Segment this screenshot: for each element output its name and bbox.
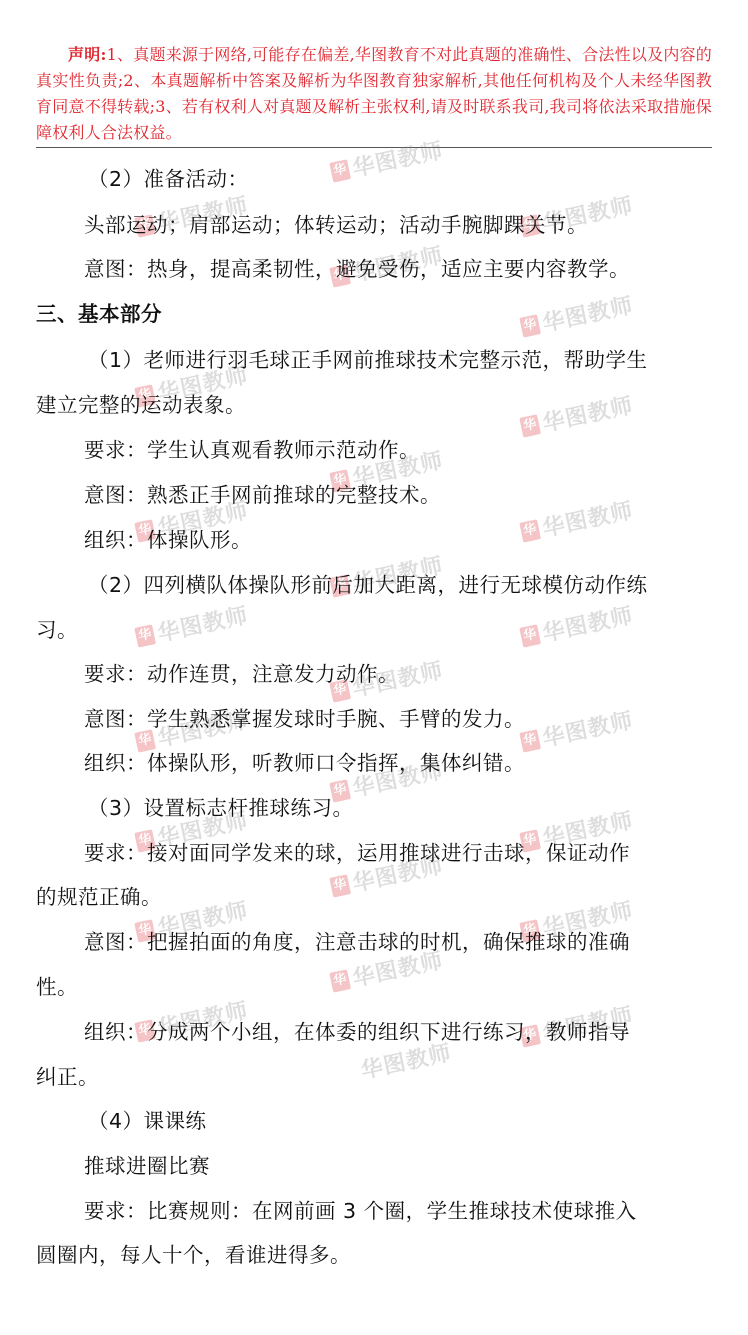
text-line: （1）老师进行羽毛球正手网前推球技术完整示范，帮助学生 <box>88 343 648 373</box>
text-line: 意图：熟悉正手网前推球的完整技术。 <box>84 478 441 508</box>
watermark-logo-icon: 华 <box>519 519 541 542</box>
text-line: 的规范正确。 <box>36 880 162 910</box>
text-line: 组织：体操队形。 <box>84 523 252 553</box>
watermark: 华华图教师 <box>133 598 251 652</box>
text-line: 组织：体操队形，听教师口令指挥，集体纠错。 <box>84 746 525 776</box>
watermark-logo-icon: 华 <box>519 314 541 337</box>
watermark-logo-icon: 华 <box>329 969 351 992</box>
text-line: 意图：热身，提高柔韧性，避免受伤，适应主要内容教学。 <box>84 252 630 282</box>
disclaimer: 声明:1、真题来源于网络,可能存在偏差,华图教育不对此真题的准确性、合法性以及内… <box>36 42 712 146</box>
watermark-logo-icon: 华 <box>519 414 541 437</box>
text-line: 要求：接对面同学发来的球，运用推球进行击球，保证动作 <box>84 836 630 866</box>
text-line: 意图：学生熟悉掌握发球时手腕、手臂的发力。 <box>84 702 525 732</box>
text-line: 要求：动作连贯，注意发力动作。 <box>84 657 399 687</box>
watermark-logo-icon: 华 <box>519 624 541 647</box>
text-line: 性。 <box>36 970 78 1000</box>
disclaimer-text: 1、真题来源于网络,可能存在偏差,华图教育不对此真题的准确性、合法性以及内容的真… <box>36 45 712 142</box>
text-line: 纠正。 <box>36 1060 99 1090</box>
watermark-logo-icon: 华 <box>134 624 156 647</box>
text-line: 圆圈内，每人十个，看谁进得多。 <box>36 1238 351 1268</box>
text-line: （4）课课练 <box>88 1104 207 1134</box>
watermark-logo-icon: 华 <box>329 159 351 182</box>
text-line: （3）设置标志杆推球练习。 <box>88 791 354 821</box>
text-line: 推球进圈比赛 <box>84 1149 210 1179</box>
watermark: 华华图教师 <box>518 703 636 757</box>
watermark: 华华图教师 <box>518 388 636 442</box>
section-heading: 三、基本部分 <box>36 297 162 327</box>
text-line: 头部运动；肩部运动；体转运动；活动手腕脚踝关节。 <box>84 208 588 238</box>
text-line: 组织：分成两个小组，在体委的组织下进行练习，教师指导 <box>84 1015 630 1045</box>
divider <box>36 147 712 148</box>
disclaimer-lead: 声明: <box>68 45 107 64</box>
text-line: （2）准备活动： <box>88 162 249 192</box>
text-line: 要求：比赛规则：在网前画 3 个圈，学生推球技术使球推入 <box>84 1194 637 1224</box>
text-line: 要求：学生认真观看教师示范动作。 <box>84 433 420 463</box>
text-line: 习。 <box>36 613 78 643</box>
watermark: 华华图教师 <box>518 288 636 342</box>
text-line: （2）四列横队体操队形前后加大距离，进行无球模仿动作练 <box>88 568 648 598</box>
text-line: 建立完整的运动表象。 <box>36 388 246 418</box>
watermark: 华华图教师 <box>518 598 636 652</box>
watermark: 华华图教师 <box>518 493 636 547</box>
text-line: 意图：把握拍面的角度，注意击球的时机，确保推球的准确 <box>84 925 630 955</box>
watermark-logo-icon: 华 <box>329 874 351 897</box>
